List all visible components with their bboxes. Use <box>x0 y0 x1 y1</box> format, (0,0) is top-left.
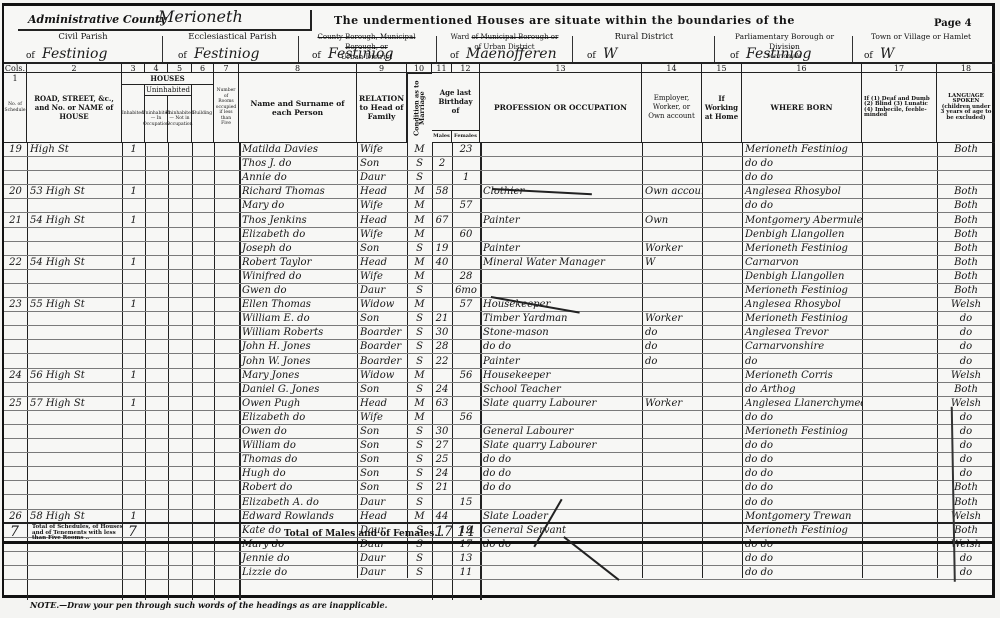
birthplace: Merioneth Festiniog <box>742 143 862 156</box>
occupation: Housekeeper <box>480 369 642 382</box>
employment-status <box>642 157 702 170</box>
employment-status <box>642 143 702 156</box>
address <box>27 566 122 579</box>
language: do <box>937 340 995 353</box>
occupation <box>480 228 642 241</box>
area-label-struck: of Municipal Borough or <box>471 33 558 41</box>
relation: Head <box>357 397 407 410</box>
language: do <box>937 467 995 480</box>
language: do <box>937 425 995 438</box>
employment-status: W <box>642 256 702 269</box>
occupation: Slate quarry Labourer <box>480 397 642 410</box>
inhabited: 1 <box>122 143 145 156</box>
language: do <box>937 439 995 452</box>
birthplace: Anglesea Rhosybol <box>742 298 862 311</box>
area-of: of <box>178 51 187 61</box>
table-row: 19High St1Matilda DaviesWifeM23Merioneth… <box>4 143 992 157</box>
age-female <box>452 256 480 269</box>
area-value: W <box>880 46 971 63</box>
table-row: Hugh doSonS24do dodo dodo <box>4 467 992 481</box>
rooms <box>214 383 239 396</box>
employment-status: do <box>642 355 702 368</box>
occupation <box>480 284 642 297</box>
employment-status <box>642 270 702 283</box>
age-male <box>432 369 452 382</box>
col-head-building: Building <box>192 85 214 143</box>
condition: M <box>407 298 432 311</box>
inhabited: 1 <box>122 510 145 523</box>
language: Both <box>937 242 995 255</box>
rooms <box>214 256 239 269</box>
total-houses: 7 <box>128 524 137 540</box>
infirmity <box>862 214 937 227</box>
address <box>27 552 122 565</box>
person-name: Thos Jenkins <box>239 214 357 227</box>
infirmity <box>862 496 937 509</box>
person-name: Mary Jones <box>239 369 357 382</box>
age-female: 15 <box>452 496 480 509</box>
inhabited: 1 <box>122 369 145 382</box>
condition: S <box>407 496 432 509</box>
occupation <box>480 496 642 509</box>
schedule-number <box>4 566 27 579</box>
occupation: Painter <box>480 242 642 255</box>
birthplace: Anglesea Trevor <box>742 326 862 339</box>
inhabited <box>122 157 145 170</box>
infirmity <box>862 369 937 382</box>
table-row: John H. JonesBoarderS28do dodoCarnarvons… <box>4 340 992 354</box>
infirmity <box>862 355 937 368</box>
age-female: 57 <box>452 199 480 212</box>
table-row: Elizabeth doWifeM60Denbigh LlangollenBot… <box>4 228 992 242</box>
inhabited <box>122 284 145 297</box>
infirmity <box>862 157 937 170</box>
inhabited <box>122 171 145 184</box>
language: Both <box>937 270 995 283</box>
birthplace: Merioneth Festiniog <box>742 312 862 325</box>
occupation <box>480 270 642 283</box>
age-male <box>432 270 452 283</box>
address: High St <box>27 143 122 156</box>
occupation <box>480 143 642 156</box>
table-row: William doSonS27Slate quarry Labourerdo … <box>4 439 992 453</box>
relation: Boarder <box>357 326 407 339</box>
inhabited: 1 <box>122 256 145 269</box>
language: do <box>937 453 995 466</box>
address <box>27 383 122 396</box>
birthplace: Carnarvon <box>742 256 862 269</box>
relation: Son <box>357 242 407 255</box>
infirmity <box>862 425 937 438</box>
person-name: Jennie do <box>239 552 357 565</box>
col-num: 18 <box>937 62 995 73</box>
birthplace: Merioneth Corris <box>742 369 862 382</box>
table-row: Thos J. doSonS2do do <box>4 157 992 171</box>
language: Both <box>937 185 995 198</box>
occupation: Slate quarry Labourer <box>480 439 642 452</box>
employment-status: Worker <box>642 242 702 255</box>
condition: S <box>407 439 432 452</box>
age-male <box>432 552 452 565</box>
rooms <box>214 355 239 368</box>
address <box>27 453 122 466</box>
employment-status: Own <box>642 214 702 227</box>
language: Both <box>937 199 995 212</box>
relation: Wife <box>357 199 407 212</box>
col-head-age: Age last Birthday of <box>432 73 480 131</box>
infirmity <box>862 510 937 523</box>
area-of: of <box>26 51 35 61</box>
infirmity <box>862 439 937 452</box>
condition: S <box>407 326 432 339</box>
age-male <box>432 228 452 241</box>
person-name: Ellen Thomas <box>239 298 357 311</box>
schedule-number <box>4 312 27 325</box>
table-row: 2557 High St1Owen PughHeadM63Slate quarr… <box>4 397 992 411</box>
relation: Son <box>357 481 407 494</box>
condition: S <box>407 425 432 438</box>
age-female <box>452 312 480 325</box>
rooms <box>214 467 239 480</box>
age-male: 24 <box>432 467 452 480</box>
age-female <box>452 453 480 466</box>
condition: M <box>407 270 432 283</box>
age-male <box>432 199 452 212</box>
language: Both <box>937 256 995 269</box>
age-female <box>452 481 480 494</box>
condition: M <box>407 199 432 212</box>
area-parliamentary-borough: Parliamentary Borough or Division Meirio… <box>722 32 847 62</box>
col-head-language: LANGUAGE SPOKEN (children under 3 years … <box>937 73 995 143</box>
age-female: 23 <box>452 143 480 156</box>
area-value: Festiniog <box>746 46 834 63</box>
infirmity <box>862 383 937 396</box>
schedule-number <box>4 467 27 480</box>
birthplace: Carnarvonshire <box>742 340 862 353</box>
infirmity <box>862 199 937 212</box>
occupation: Painter <box>480 355 642 368</box>
person-name: Robert Taylor <box>239 256 357 269</box>
condition: M <box>407 256 432 269</box>
col-num: 12 <box>452 62 480 73</box>
birthplace: do Arthog <box>742 383 862 396</box>
relation: Head <box>357 256 407 269</box>
admin-county-label: Administrative County <box>28 13 166 26</box>
area-label: Civil Parish <box>18 32 148 42</box>
infirmity <box>862 242 937 255</box>
relation: Daur <box>357 496 407 509</box>
infirmity <box>862 256 937 269</box>
schedule-number: 22 <box>4 256 27 269</box>
relation: Son <box>357 467 407 480</box>
language: Both <box>937 496 995 509</box>
condition: M <box>407 185 432 198</box>
divider <box>572 36 573 62</box>
schedule-number <box>4 340 27 353</box>
employment-status <box>642 453 702 466</box>
birthplace: Montgomery Trewan <box>742 510 862 523</box>
inhabited <box>122 481 145 494</box>
inhabited <box>122 340 145 353</box>
condition: M <box>407 411 432 424</box>
age-male: 25 <box>432 453 452 466</box>
person-name: Winifred do <box>239 270 357 283</box>
infirmity <box>862 171 937 184</box>
age-female <box>452 510 480 523</box>
employment-status <box>642 171 702 184</box>
schedule-number <box>4 481 27 494</box>
relation: Head <box>357 510 407 523</box>
table-row: Gwen doDaurS6moMerioneth FestiniogBoth <box>4 284 992 298</box>
occupation: do do <box>480 481 642 494</box>
person-name: William Roberts <box>239 326 357 339</box>
inhabited <box>122 453 145 466</box>
address <box>27 171 122 184</box>
schedule-number <box>4 171 27 184</box>
address: 54 High St <box>27 256 122 269</box>
age-male: 24 <box>432 383 452 396</box>
age-female <box>452 355 480 368</box>
language <box>937 171 995 184</box>
condition: M <box>407 214 432 227</box>
table-row: Elizabeth doWifeM56do dodo <box>4 411 992 425</box>
rooms <box>214 397 239 410</box>
rooms <box>214 510 239 523</box>
address: 57 High St <box>27 397 122 410</box>
occupation <box>480 411 642 424</box>
address <box>27 425 122 438</box>
schedule-number <box>4 383 27 396</box>
condition: S <box>407 453 432 466</box>
person-name: Annie do <box>239 171 357 184</box>
employment-status <box>642 228 702 241</box>
address: 56 High St <box>27 369 122 382</box>
rooms <box>214 566 239 579</box>
language <box>937 157 995 170</box>
person-name: Elizabeth do <box>239 228 357 241</box>
birthplace: Merioneth Festiniog <box>742 242 862 255</box>
address <box>27 312 122 325</box>
condition: S <box>407 284 432 297</box>
col-num: 17 <box>862 62 937 73</box>
occupation: do do <box>480 340 642 353</box>
occupation: Timber Yardman <box>480 312 642 325</box>
divider <box>714 36 715 62</box>
infirmity <box>862 411 937 424</box>
age-female <box>452 157 480 170</box>
address <box>27 199 122 212</box>
schedule-number <box>4 453 27 466</box>
occupation: Painter <box>480 214 642 227</box>
schedule-number <box>4 199 27 212</box>
language: do <box>937 312 995 325</box>
infirmity <box>862 228 937 241</box>
inhabited <box>122 411 145 424</box>
col-head-name: Name and Surname of each Person <box>239 73 357 143</box>
relation: Daur <box>357 284 407 297</box>
language: Welsh <box>937 397 995 410</box>
age-female <box>452 383 480 396</box>
age-male: 27 <box>432 439 452 452</box>
col-head-relation: RELATION to Head of Family <box>357 73 407 143</box>
rooms <box>214 157 239 170</box>
admin-county-value: Merioneth <box>158 7 243 26</box>
occupation: Slate Loader <box>480 510 642 523</box>
employment-status <box>642 467 702 480</box>
col-head-infirmity: If (1) Deaf and Dumb (2) Blind (3) Lunat… <box>862 73 937 143</box>
rooms <box>214 284 239 297</box>
employment-status <box>642 439 702 452</box>
col-head-not-in-occupation: Uninhabited — Not in Occupation <box>168 96 192 143</box>
area-ward: Ward of Municipal Borough or of Urban Di… <box>442 32 567 62</box>
relation: Wife <box>357 228 407 241</box>
address: 58 High St <box>27 510 122 523</box>
employment-status: Worker <box>642 397 702 410</box>
table-row: William RobertsBoarderS30Stone-masondoAn… <box>4 326 992 340</box>
person-name: Matilda Davies <box>239 143 357 156</box>
birthplace: do do <box>742 157 862 170</box>
infirmity <box>862 185 937 198</box>
rooms <box>214 199 239 212</box>
rooms <box>214 228 239 241</box>
language: Both <box>937 214 995 227</box>
relation: Boarder <box>357 355 407 368</box>
sheet-title: The undermentioned Houses are situate wi… <box>334 14 795 27</box>
age-female: 57 <box>452 298 480 311</box>
age-female <box>452 214 480 227</box>
col-head-males: Males <box>432 131 452 143</box>
age-female: 60 <box>452 228 480 241</box>
person-name: Daniel G. Jones <box>239 383 357 396</box>
administrative-county: Administrative County Merioneth <box>18 10 312 31</box>
employment-status: do <box>642 340 702 353</box>
relation: Son <box>357 157 407 170</box>
address <box>27 228 122 241</box>
birthplace: do do <box>742 496 862 509</box>
relation: Daur <box>357 171 407 184</box>
age-female: 56 <box>452 411 480 424</box>
col-head-employer: Employer, Worker, or Own account <box>642 73 702 143</box>
col-group-houses: HOUSES <box>122 73 214 85</box>
col-num: 5 <box>168 62 192 73</box>
table-row: William E. doSonS21Timber YardmanWorkerM… <box>4 312 992 326</box>
person-name: Richard Thomas <box>239 185 357 198</box>
area-value: Maenofferen <box>466 46 554 63</box>
rooms <box>214 552 239 565</box>
table-row: John W. JonesBoarderS22Painterdododo <box>4 355 992 369</box>
person-name: William do <box>239 439 357 452</box>
inhabited <box>122 242 145 255</box>
table-row: 2254 High St1Robert TaylorHeadM40Mineral… <box>4 256 992 270</box>
employment-status <box>642 481 702 494</box>
person-name: Gwen do <box>239 284 357 297</box>
rooms <box>214 270 239 283</box>
inhabited: 1 <box>122 397 145 410</box>
schedule-number <box>4 425 27 438</box>
total-schedules: 7 <box>10 524 19 540</box>
rooms <box>214 312 239 325</box>
col-num: 11 <box>432 62 452 73</box>
age-male <box>432 171 452 184</box>
col-head-schedule: No. of Schedule <box>4 73 27 143</box>
infirmity <box>862 270 937 283</box>
col-num: 16 <box>742 62 862 73</box>
relation: Daur <box>357 566 407 579</box>
language: do <box>937 552 995 565</box>
birthplace: do do <box>742 552 862 565</box>
person-name: Thos J. do <box>239 157 357 170</box>
employment-status <box>642 383 702 396</box>
condition: S <box>407 171 432 184</box>
footnote: NOTE.—Draw your pen through such words o… <box>30 600 387 610</box>
condition: M <box>407 228 432 241</box>
occupation: Mineral Water Manager <box>480 256 642 269</box>
condition: S <box>407 383 432 396</box>
relation: Son <box>357 383 407 396</box>
infirmity <box>862 566 937 579</box>
schedule-number <box>4 242 27 255</box>
schedule-number <box>4 228 27 241</box>
rooms <box>214 439 239 452</box>
address <box>27 481 122 494</box>
age-female: 56 <box>452 369 480 382</box>
age-male <box>432 566 452 579</box>
col-head-address: ROAD, STREET, &c., and No. or NAME of HO… <box>27 73 122 143</box>
relation: Son <box>357 453 407 466</box>
age-male: 67 <box>432 214 452 227</box>
table-row: Joseph doSonS19PainterWorkerMerioneth Fe… <box>4 242 992 256</box>
occupation <box>480 171 642 184</box>
address: 54 High St <box>27 214 122 227</box>
relation: Daur <box>357 552 407 565</box>
rooms <box>214 496 239 509</box>
inhabited <box>122 552 145 565</box>
infirmity <box>862 397 937 410</box>
table-row: Mary doWifeM57do doBoth <box>4 199 992 213</box>
inhabited <box>122 199 145 212</box>
infirmity <box>862 552 937 565</box>
infirmity <box>862 143 937 156</box>
age-female: 28 <box>452 270 480 283</box>
inhabited <box>122 383 145 396</box>
birthplace: do do <box>742 566 862 579</box>
relation: Wife <box>357 270 407 283</box>
language: Both <box>937 383 995 396</box>
person-name: Owen Pugh <box>239 397 357 410</box>
schedule-number: 26 <box>4 510 27 523</box>
age-male: 2 <box>432 157 452 170</box>
person-name: Robert do <box>239 481 357 494</box>
table-row: Robert doSonS21do dodo doBoth <box>4 481 992 495</box>
age-male: 44 <box>432 510 452 523</box>
inhabited: 1 <box>122 185 145 198</box>
language: do <box>937 411 995 424</box>
age-male: 21 <box>432 312 452 325</box>
employment-status <box>642 552 702 565</box>
condition: S <box>407 340 432 353</box>
rooms <box>214 425 239 438</box>
address <box>27 326 122 339</box>
inhabited <box>122 439 145 452</box>
relation: Wife <box>357 143 407 156</box>
schedule-number: 25 <box>4 397 27 410</box>
birthplace: do do <box>742 411 862 424</box>
person-name: John H. Jones <box>239 340 357 353</box>
area-label: Ward <box>451 33 470 41</box>
birthplace: do <box>742 355 862 368</box>
table-row: 2154 High St1Thos JenkinsHeadM67PainterO… <box>4 214 992 228</box>
schedule-number <box>4 439 27 452</box>
